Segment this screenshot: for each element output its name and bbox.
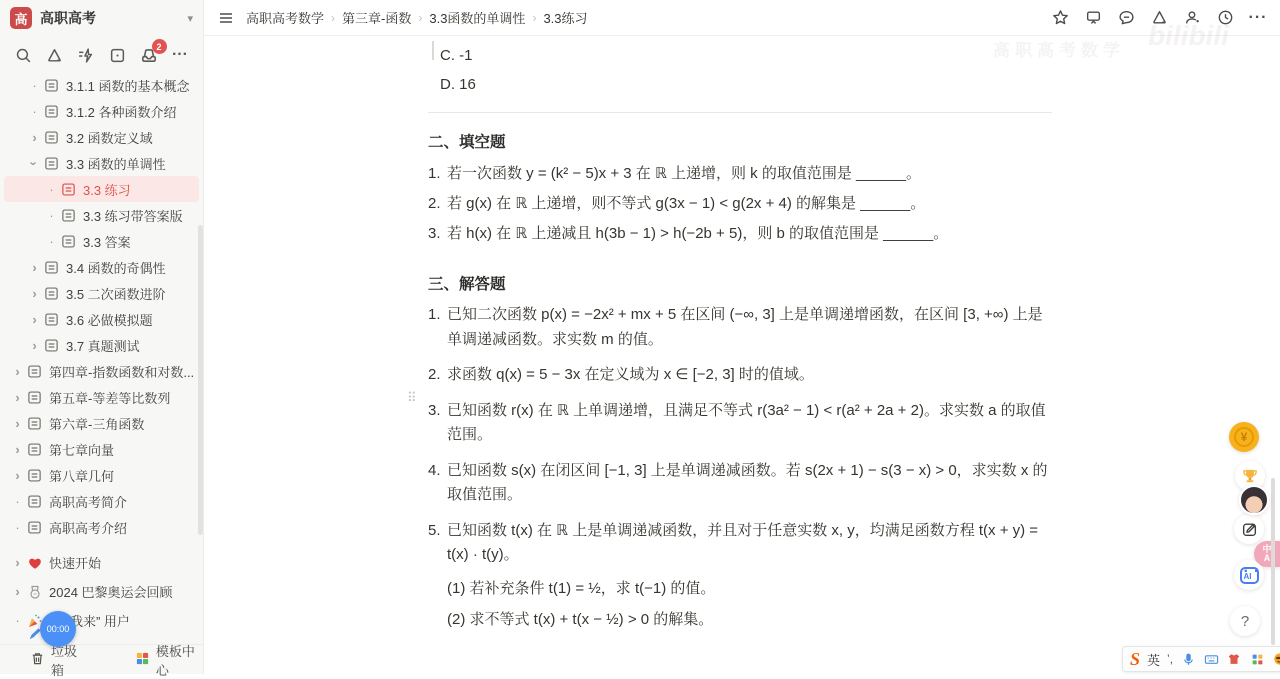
sidebar-item[interactable]: 第六章-三角函数 (4, 410, 199, 436)
question-text: 已知函数 s(x) 在闭区间 [−1, 3] 上是单调递减函数。若 s(2x +… (447, 459, 1052, 508)
toolbox-icon[interactable] (1249, 651, 1265, 667)
page-icon (27, 519, 43, 535)
page-icon (27, 441, 43, 457)
sogou-logo-icon[interactable]: S (1130, 649, 1140, 670)
sidebar-item[interactable]: 高职高考简介 (4, 488, 199, 514)
chevron-right-icon[interactable] (10, 468, 25, 483)
ime-language-toggle[interactable]: 英 (1147, 650, 1160, 669)
solve-question[interactable]: 2.求函数 q(x) = 5 − 3x 在定义域为 x ∈ [−2, 3] 时的… (428, 363, 1052, 388)
chevron-right-icon[interactable] (27, 338, 42, 353)
page-icon (44, 103, 60, 119)
bullet-dot-icon (44, 208, 59, 223)
recording-timer-bubble[interactable]: 00:00 (40, 611, 76, 647)
more-icon[interactable]: ··· (169, 44, 191, 66)
search-icon[interactable] (12, 44, 34, 66)
sidebar-item[interactable]: 3.3 答案 (4, 228, 199, 254)
sidebar-item-label: 第七章向量 (49, 440, 114, 459)
sidebar-item[interactable]: 第七章向量 (4, 436, 199, 462)
choice-option-c[interactable]: C. -1 (440, 41, 1052, 70)
sidebar-item-label: 3.6 必做模拟题 (66, 310, 153, 329)
question-text: 若一次函数 y = (k² − 5)x + 3 在 ℝ 上递增，则 k 的取值范… (447, 159, 1052, 189)
breadcrumb-separator: › (331, 11, 335, 25)
presentation-icon[interactable] (1083, 8, 1103, 28)
question-text: 若 h(x) 在 ℝ 上递减且 h(3b − 1) > h(−2b + 5)，则… (447, 219, 1052, 249)
chevron-right-icon[interactable] (10, 364, 25, 379)
document-area[interactable]: 高职高考数学 ⠿ C. -1 D. 16 二、填空题 1.若一次函数 y = (… (204, 36, 1280, 674)
breadcrumb: 高职高考数学 › 第三章-函数 › 3.3函数的单调性 › 3.3练习 (246, 8, 1050, 27)
sidebar-item-quick-start[interactable]: 快速开始 (4, 548, 199, 577)
sidebar-tree: 3.1.1 函数的基本概念 3.1.2 各种函数介绍 3.2 函数定义域 3.3… (0, 72, 203, 540)
fill-question[interactable]: 2.若 g(x) 在 ℝ 上递增，则不等式 g(3x − 1) < g(2x +… (428, 189, 1052, 219)
sidebar-item-label: 3.3 练习 (83, 180, 131, 199)
page-icon (27, 363, 43, 379)
page-icon (44, 129, 60, 145)
solve-question[interactable]: 4.已知函数 s(x) 在闭区间 [−1, 3] 上是单调递减函数。若 s(2x… (428, 459, 1052, 508)
page-icon (44, 77, 60, 93)
question-text: 求函数 q(x) = 5 − 3x 在定义域为 x ∈ [−2, 3] 时的值域… (447, 363, 1052, 388)
page-icon (61, 233, 77, 249)
page-icon (27, 389, 43, 405)
page-icon (61, 181, 77, 197)
mic-icon[interactable] (1180, 651, 1196, 667)
sidebar-item-label: 高职高考介绍 (49, 518, 127, 537)
topbar: 高职高考数学 › 第三章-函数 › 3.3函数的单调性 › 3.3练习 ··· (204, 0, 1280, 36)
sidebar-item-olympics[interactable]: 2024 巴黎奥运会回顾 (4, 577, 199, 606)
breadcrumb-item[interactable]: 高职高考数学 (246, 8, 324, 27)
sidebar-item-selected[interactable]: 3.3 练习 (4, 176, 199, 202)
breadcrumb-item-current[interactable]: 3.3练习 (543, 8, 587, 27)
chevron-right-icon[interactable] (10, 555, 25, 570)
trash-icon (30, 651, 45, 669)
chevron-right-icon[interactable] (27, 312, 42, 327)
page-icon (27, 467, 43, 483)
chevron-down-icon[interactable] (27, 156, 42, 171)
question-number: 2. (428, 189, 447, 219)
question-text: 已知二次函数 p(x) = −2x² + mx + 5 在区间 (−∞, 3] … (447, 303, 1052, 352)
question-text: 若 g(x) 在 ℝ 上递增，则不等式 g(3x − 1) < g(2x + 4… (447, 189, 1052, 219)
question-number: 5. (428, 519, 447, 635)
template-center-icon (135, 651, 150, 669)
page-icon (44, 337, 60, 353)
section-heading-solve[interactable]: 三、解答题 (428, 272, 1052, 294)
bullet-dot-icon (10, 613, 25, 628)
block-drag-handle-icon[interactable]: ⠿ (407, 390, 417, 406)
sidebar-item-label: 3.1.1 函数的基本概念 (66, 76, 190, 95)
sidebar-item[interactable]: 3.1.1 函数的基本概念 (4, 72, 199, 98)
chevron-right-icon[interactable] (27, 130, 42, 145)
chevron-right-icon[interactable] (10, 416, 25, 431)
block-indicator (432, 41, 434, 60)
sidebar-item-label: 3.4 函数的奇偶性 (66, 258, 166, 277)
sidebar-item-label: 高职高考简介 (49, 492, 127, 511)
keyboard-icon[interactable] (1203, 651, 1219, 667)
solve-question[interactable]: 1.已知二次函数 p(x) = −2x² + mx + 5 在区间 (−∞, 3… (428, 303, 1052, 352)
sidebar-item[interactable]: 第五章-等差等比数列 (4, 384, 199, 410)
breadcrumb-item[interactable]: 3.3函数的单调性 (429, 8, 525, 27)
workspace-switcher[interactable]: 高 高职高考 ▾ (0, 0, 203, 36)
sidebar-item[interactable]: 3.4 函数的奇偶性 (4, 254, 199, 280)
template-center-label: 模板中心 (156, 641, 204, 675)
question-text: 已知函数 r(x) 在 ℝ 上单调递增，且满足不等式 r(3a² − 1) < … (447, 399, 1052, 448)
ime-toolbar: S 英 ’, (1122, 646, 1280, 672)
page-icon (61, 207, 77, 223)
chevron-right-icon[interactable] (27, 260, 42, 275)
inbox-icon[interactable]: 2 (138, 44, 160, 66)
question-text: 已知函数 t(x) 在 ℝ 上是单调递减函数，并且对于任意实数 x, y，均满足… (447, 519, 1052, 568)
favorite-star-icon[interactable] (1050, 8, 1070, 28)
sidebar-item[interactable]: 3.3 函数的单调性 (4, 150, 199, 176)
sidebar-favorites: 快速开始 2024 巴黎奥运会回顾 致 “我来” 用户 (0, 548, 203, 635)
page-icon (44, 311, 60, 327)
ai-assistant-icon[interactable] (43, 44, 65, 66)
choice-option-d[interactable]: D. 16 (440, 70, 1052, 99)
sidebar-item-label: 3.7 真题测试 (66, 336, 140, 355)
bullet-dot-icon (44, 182, 59, 197)
more-icon[interactable]: ··· (1248, 8, 1268, 28)
sub-question[interactable]: (1) 若补充条件 t(1) = ½，求 t(−1) 的值。 (447, 573, 1052, 604)
solve-question[interactable]: 5. 已知函数 t(x) 在 ℝ 上是单调递减函数，并且对于任意实数 x, y，… (428, 519, 1052, 635)
page-icon (44, 155, 60, 171)
sidebar-item[interactable]: 3.7 真题测试 (4, 332, 199, 358)
hamburger-menu-icon[interactable] (216, 8, 236, 28)
chevron-right-icon[interactable] (10, 584, 25, 599)
page-icon (44, 285, 60, 301)
sidebar-item[interactable]: 3.2 函数定义域 (4, 124, 199, 150)
sidebar-item-label: 3.5 二次函数进阶 (66, 284, 166, 303)
bullet-dot-icon (10, 494, 25, 509)
inbox-badge: 2 (152, 39, 167, 54)
help-icon[interactable]: ? (1230, 606, 1260, 636)
workspace-name: 高职高考 (40, 8, 187, 28)
bullet-dot-icon (27, 78, 42, 93)
question-number: 3. (428, 219, 447, 249)
sidebar-item[interactable]: 3.3 练习带答案版 (4, 202, 199, 228)
solve-question-list: 1.已知二次函数 p(x) = −2x² + mx + 5 在区间 (−∞, 3… (428, 303, 1052, 635)
sidebar-item-label: 3.3 函数的单调性 (66, 154, 166, 173)
breadcrumb-separator: › (532, 11, 536, 25)
fill-question-list: 1.若一次函数 y = (k² − 5)x + 3 在 ℝ 上递增，则 k 的取… (428, 159, 1052, 249)
sidebar-item-label: 3.3 答案 (83, 232, 131, 251)
sub-question[interactable]: (2) 求不等式 t(x) + t(x − ½) > 0 的解集。 (447, 604, 1052, 635)
question-number: 1. (428, 159, 447, 189)
chevron-right-icon[interactable] (27, 286, 42, 301)
breadcrumb-item[interactable]: 第三章-函数 (342, 8, 411, 27)
coin-icon[interactable]: ¥ (1229, 422, 1259, 452)
sidebar-item[interactable]: 第八章几何 (4, 462, 199, 488)
sidebar-item-label: 快速开始 (49, 553, 101, 572)
sidebar-item[interactable]: 3.6 必做模拟题 (4, 306, 199, 332)
page-icon (27, 415, 43, 431)
page-icon (44, 259, 60, 275)
heart-icon (27, 555, 43, 571)
sidebar-item-label: 第八章几何 (49, 466, 114, 485)
page-icon (27, 493, 43, 509)
chevron-right-icon[interactable] (10, 390, 25, 405)
sidebar-item-label: 第四章-指数函数和对数... (49, 362, 194, 381)
sidebar-item-label: 3.3 练习带答案版 (83, 206, 183, 225)
template-center-button[interactable]: 模板中心 (135, 641, 204, 675)
fill-question[interactable]: 3.若 h(x) 在 ℝ 上递减且 h(3b − 1) > h(−2b + 5)… (428, 219, 1052, 249)
question-number: 2. (428, 363, 447, 388)
solve-question[interactable]: 3.已知函数 r(x) 在 ℝ 上单调递增，且满足不等式 r(3a² − 1) … (428, 399, 1052, 448)
ai-chat-icon[interactable] (1234, 560, 1264, 590)
bullet-dot-icon (44, 234, 59, 249)
desktop-app-icon[interactable] (106, 44, 128, 66)
sidebar: 高 高职高考 ▾ 2 ··· 3.1.1 函数的基本概念 3.1.2 各种函数介… (0, 0, 204, 674)
sidebar-item-label: 2024 巴黎奥运会回顾 (49, 582, 173, 601)
fill-question[interactable]: 1.若一次函数 y = (k² − 5)x + 3 在 ℝ 上递增，则 k 的取… (428, 159, 1052, 189)
emoji-icon[interactable] (1272, 651, 1280, 667)
sidebar-item[interactable]: 高职高考介绍 (4, 514, 199, 540)
sidebar-item-label: 3.2 函数定义域 (66, 128, 153, 147)
avatar[interactable] (1239, 485, 1269, 515)
question-number: 1. (428, 303, 447, 352)
comment-icon[interactable] (1116, 8, 1136, 28)
breadcrumb-separator: › (418, 11, 422, 25)
sidebar-item-label: 第六章-三角函数 (49, 414, 144, 433)
sidebar-item[interactable]: 第四章-指数函数和对数... (4, 358, 199, 384)
chevron-down-icon: ▾ (187, 12, 193, 25)
bilibili-watermark: bilibili (1148, 20, 1229, 52)
sidebar-item-label: 第五章-等差等比数列 (49, 388, 170, 407)
bullet-dot-icon (27, 104, 42, 119)
quick-actions-icon[interactable] (75, 44, 97, 66)
ime-punctuation-toggle[interactable]: ’, (1167, 652, 1173, 666)
section-heading-fill[interactable]: 二、填空题 (428, 130, 1052, 152)
sidebar-scrollbar[interactable] (198, 225, 203, 535)
chevron-right-icon[interactable] (10, 442, 25, 457)
feedback-note-icon[interactable] (1234, 514, 1264, 544)
skin-icon[interactable] (1226, 651, 1242, 667)
divider (428, 112, 1052, 113)
question-number: 3. (428, 399, 447, 448)
olympics-icon (27, 584, 43, 600)
bullet-dot-icon (10, 520, 25, 535)
content-scrollbar[interactable] (1271, 478, 1275, 645)
sidebar-item-label: 3.1.2 各种函数介绍 (66, 102, 177, 121)
question-number: 4. (428, 459, 447, 508)
sidebar-toolbar: 2 ··· (0, 36, 203, 72)
sidebar-footer: 垃圾箱 模板中心 (0, 644, 204, 674)
sidebar-item[interactable]: 3.1.2 各种函数介绍 (4, 98, 199, 124)
sidebar-item[interactable]: 3.5 二次函数进阶 (4, 280, 199, 306)
workspace-logo: 高 (10, 7, 32, 29)
